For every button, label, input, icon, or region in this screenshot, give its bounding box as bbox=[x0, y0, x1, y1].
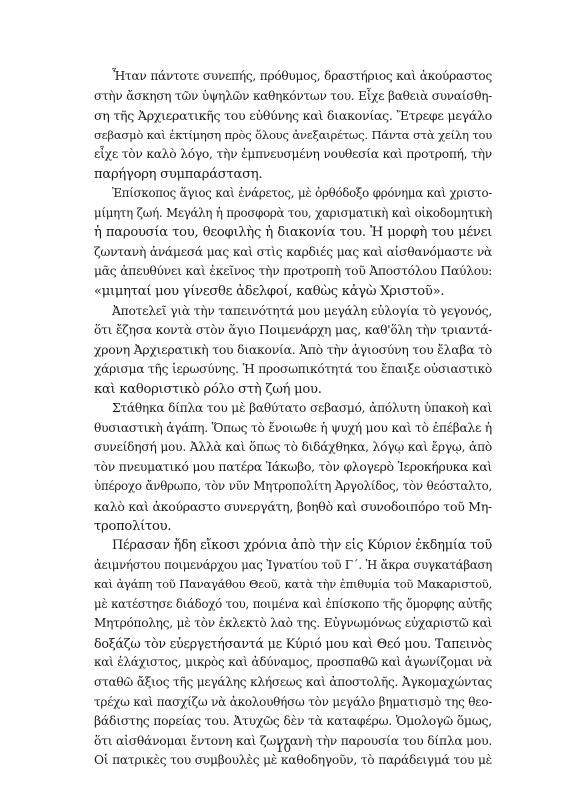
text-line: μὲ κατέστησε διάδοχό του, ποιμένα καὶ ἐπ… bbox=[94, 595, 492, 615]
text-line: σταθῶ ἄξιος τῆς μεγάλης κλήσεως καὶ ἀποσ… bbox=[94, 673, 492, 693]
body-text: Ἦταν πάντοτε συνεπής, πρόθυμος, δραστήρι… bbox=[94, 67, 492, 771]
text-line: τρέχω καὶ πασχίζω νὰ ἀκολουθήσω τὸν μεγά… bbox=[94, 693, 492, 713]
text-line: «μιμηταί μου γίνεσθε ἀδελφοί, καθὼς κἀγὼ… bbox=[94, 282, 492, 302]
paragraph-4: Στάθηκα δίπλα του μὲ βαθύτατο σεβασμό, ἀ… bbox=[94, 399, 492, 536]
text-line: χάρισμα τῆς ἱερωσύνης. Ἡ προσωπικότητά τ… bbox=[94, 360, 492, 380]
text-line: δοξάζω τὸν εὐεργετήσαντά με Κύριό μου κα… bbox=[94, 634, 492, 654]
text-line: μᾶς ἀπευθύνει καὶ ἐκεῖνος τὴν προτροπὴ τ… bbox=[94, 262, 492, 282]
text-line: ὑπέροχο ἄνθρωπο, τὸν νῦν Μητροπολίτη Ἀργ… bbox=[94, 477, 492, 497]
text-line: μίμητη ζωή. Μεγάλη ἡ προσφορὰ του, χαρισ… bbox=[94, 204, 492, 224]
paragraph-1: Ἦταν πάντοτε συνεπής, πρόθυμος, δραστήρι… bbox=[94, 67, 492, 184]
text-line: σεβασμὸ καὶ ἐκτίμηση πρὸς ὅλους ἀνεξαιρέ… bbox=[94, 126, 492, 146]
document-page: Ἦταν πάντοτε συνεπής, πρόθυμος, δραστήρι… bbox=[0, 0, 567, 800]
text-line: εἶχε τὸν καλὸ λόγο, τὴν ἐμπνευσμένη νουθ… bbox=[94, 145, 492, 165]
text-line: Ἐπίσκοπος ἅγιος καὶ ἐνάρετος, μὲ ὀρθόδοξ… bbox=[94, 184, 492, 204]
text-line: Ἀποτελεῖ γιὰ τὴν ταπεινότητά μου μεγάλη … bbox=[94, 302, 492, 322]
paragraph-2: Ἐπίσκοπος ἅγιος καὶ ἐνάρετος, μὲ ὀρθόδοξ… bbox=[94, 184, 492, 301]
text-line: τὸν πνευματικό μου πατέρα Ἰάκωβο, τὸν φλ… bbox=[94, 458, 492, 478]
text-line: καὶ ἐλάχιστος, μικρὸς καὶ ἀδύναμος, προσ… bbox=[94, 653, 492, 673]
text-line: παρήγορη συμπαράσταση. bbox=[94, 165, 492, 185]
text-line: καὶ ἀγάπη τοῦ Παναγάθου Θεοῦ, κατὰ τὴν ἐ… bbox=[94, 575, 492, 595]
text-line: ἡ παρουσία του, θεοφιλὴς ἡ διακονία του.… bbox=[94, 223, 492, 243]
text-line: ἀειμνήστου ποιμενάρχου μας Ἰγνατίου τοῦ … bbox=[94, 556, 492, 576]
text-line: βάδιστης πορείας του. Ἀτυχῶς δὲν τὰ κατα… bbox=[94, 712, 492, 732]
text-line: στὴν ἄσκηση τῶν ὑψηλῶν καθηκόντων του. Ε… bbox=[94, 87, 492, 107]
text-line: ζωντανὴ ἀνάμεσά μας καὶ στὶς καρδιές μας… bbox=[94, 243, 492, 263]
text-line: Ἦταν πάντοτε συνεπής, πρόθυμος, δραστήρι… bbox=[94, 67, 492, 87]
text-line: θυσιαστικὴ ἀγάπη. Ὅπως τὸ ἔνοιωθε ἡ ψυχή… bbox=[94, 419, 492, 439]
text-line: Πέρασαν ἤδη εἴκοσι χρόνια ἀπὸ τὴν εἰς Κύ… bbox=[94, 536, 492, 556]
text-line: Μητρόπολης, μὲ τὸν ἐκλεκτὸ λαὸ της. Εὐγν… bbox=[94, 614, 492, 634]
text-line: ση τῆς Ἀρχιερατικῆς του εὐθύνης καὶ διακ… bbox=[94, 106, 492, 126]
paragraph-3: Ἀποτελεῖ γιὰ τὴν ταπεινότητά μου μεγάλη … bbox=[94, 302, 492, 400]
paragraph-5: Πέρασαν ἤδη εἴκοσι χρόνια ἀπὸ τὴν εἰς Κύ… bbox=[94, 536, 492, 771]
text-line: Στάθηκα δίπλα του μὲ βαθύτατο σεβασμό, ἀ… bbox=[94, 399, 492, 419]
text-line: καλὸ καὶ ἀκούραστο συνεργάτη, βοηθὸ καὶ … bbox=[94, 497, 492, 517]
text-line: τροπολίτου. bbox=[94, 517, 492, 537]
text-line: καὶ καθοριστικὸ ρόλο στὴ ζωή μου. bbox=[94, 380, 492, 400]
page-number: 10 bbox=[0, 741, 567, 755]
text-line: χρονη Ἀρχιερατικὴ του διακονία. Ἀπὸ τὴν … bbox=[94, 341, 492, 361]
text-line: συνείδησή μου. Ἀλλὰ καὶ ὅπως τὸ διδάχθηκ… bbox=[94, 438, 492, 458]
text-line: ὅτι ἔζησα κοντὰ στὸν ἅγιο Ποιμενάρχη μας… bbox=[94, 321, 492, 341]
